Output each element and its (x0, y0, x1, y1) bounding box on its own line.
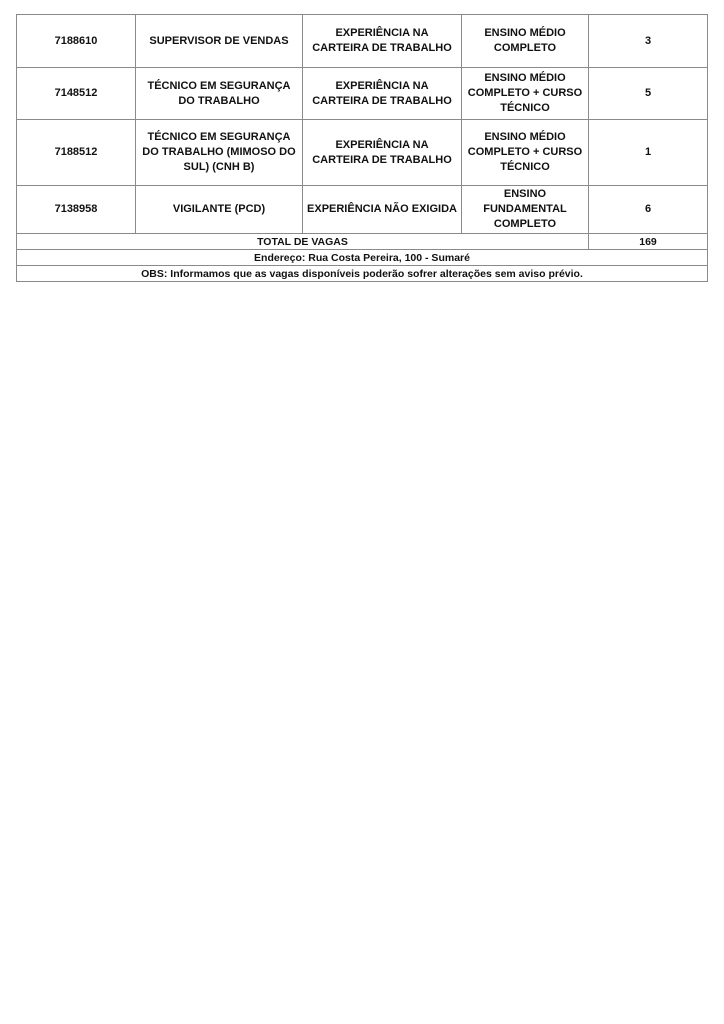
job-vacancies: 1 (589, 120, 708, 186)
total-label: TOTAL DE VAGAS (17, 234, 589, 250)
job-experience: EXPERIÊNCIA NA CARTEIRA DE TRABALHO (303, 15, 462, 68)
table-row: 7138958 VIGILANTE (PCD) EXPERIÊNCIA NÃO … (17, 186, 708, 234)
job-vacancies: 5 (589, 68, 708, 120)
job-title: TÉCNICO EM SEGURANÇA DO TRABALHO (136, 68, 303, 120)
address-row: Endereço: Rua Costa Pereira, 100 - Sumar… (17, 250, 708, 266)
job-code: 7138958 (17, 186, 136, 234)
job-code: 7188512 (17, 120, 136, 186)
job-experience: EXPERIÊNCIA NA CARTEIRA DE TRABALHO (303, 120, 462, 186)
job-code: 7148512 (17, 68, 136, 120)
job-vacancies: 6 (589, 186, 708, 234)
job-education: ENSINO MÉDIO COMPLETO + CURSO TÉCNICO (462, 68, 589, 120)
note-text: OBS: Informamos que as vagas disponíveis… (17, 266, 708, 282)
job-title: VIGILANTE (PCD) (136, 186, 303, 234)
job-title: SUPERVISOR DE VENDAS (136, 15, 303, 68)
job-code: 7188610 (17, 15, 136, 68)
total-row: TOTAL DE VAGAS 169 (17, 234, 708, 250)
job-education: ENSINO MÉDIO COMPLETO + CURSO TÉCNICO (462, 120, 589, 186)
job-education: ENSINO FUNDAMENTAL COMPLETO (462, 186, 589, 234)
total-value: 169 (589, 234, 708, 250)
note-row: OBS: Informamos que as vagas disponíveis… (17, 266, 708, 282)
address-text: Endereço: Rua Costa Pereira, 100 - Sumar… (17, 250, 708, 266)
job-experience: EXPERIÊNCIA NA CARTEIRA DE TRABALHO (303, 68, 462, 120)
job-vacancies-table: 7188610 SUPERVISOR DE VENDAS EXPERIÊNCIA… (16, 14, 708, 282)
table-row: 7188512 TÉCNICO EM SEGURANÇA DO TRABALHO… (17, 120, 708, 186)
job-title: TÉCNICO EM SEGURANÇA DO TRABALHO (MIMOSO… (136, 120, 303, 186)
table-row: 7148512 TÉCNICO EM SEGURANÇA DO TRABALHO… (17, 68, 708, 120)
job-education: ENSINO MÉDIO COMPLETO (462, 15, 589, 68)
job-vacancies: 3 (589, 15, 708, 68)
table-row: 7188610 SUPERVISOR DE VENDAS EXPERIÊNCIA… (17, 15, 708, 68)
job-experience: EXPERIÊNCIA NÃO EXIGIDA (303, 186, 462, 234)
